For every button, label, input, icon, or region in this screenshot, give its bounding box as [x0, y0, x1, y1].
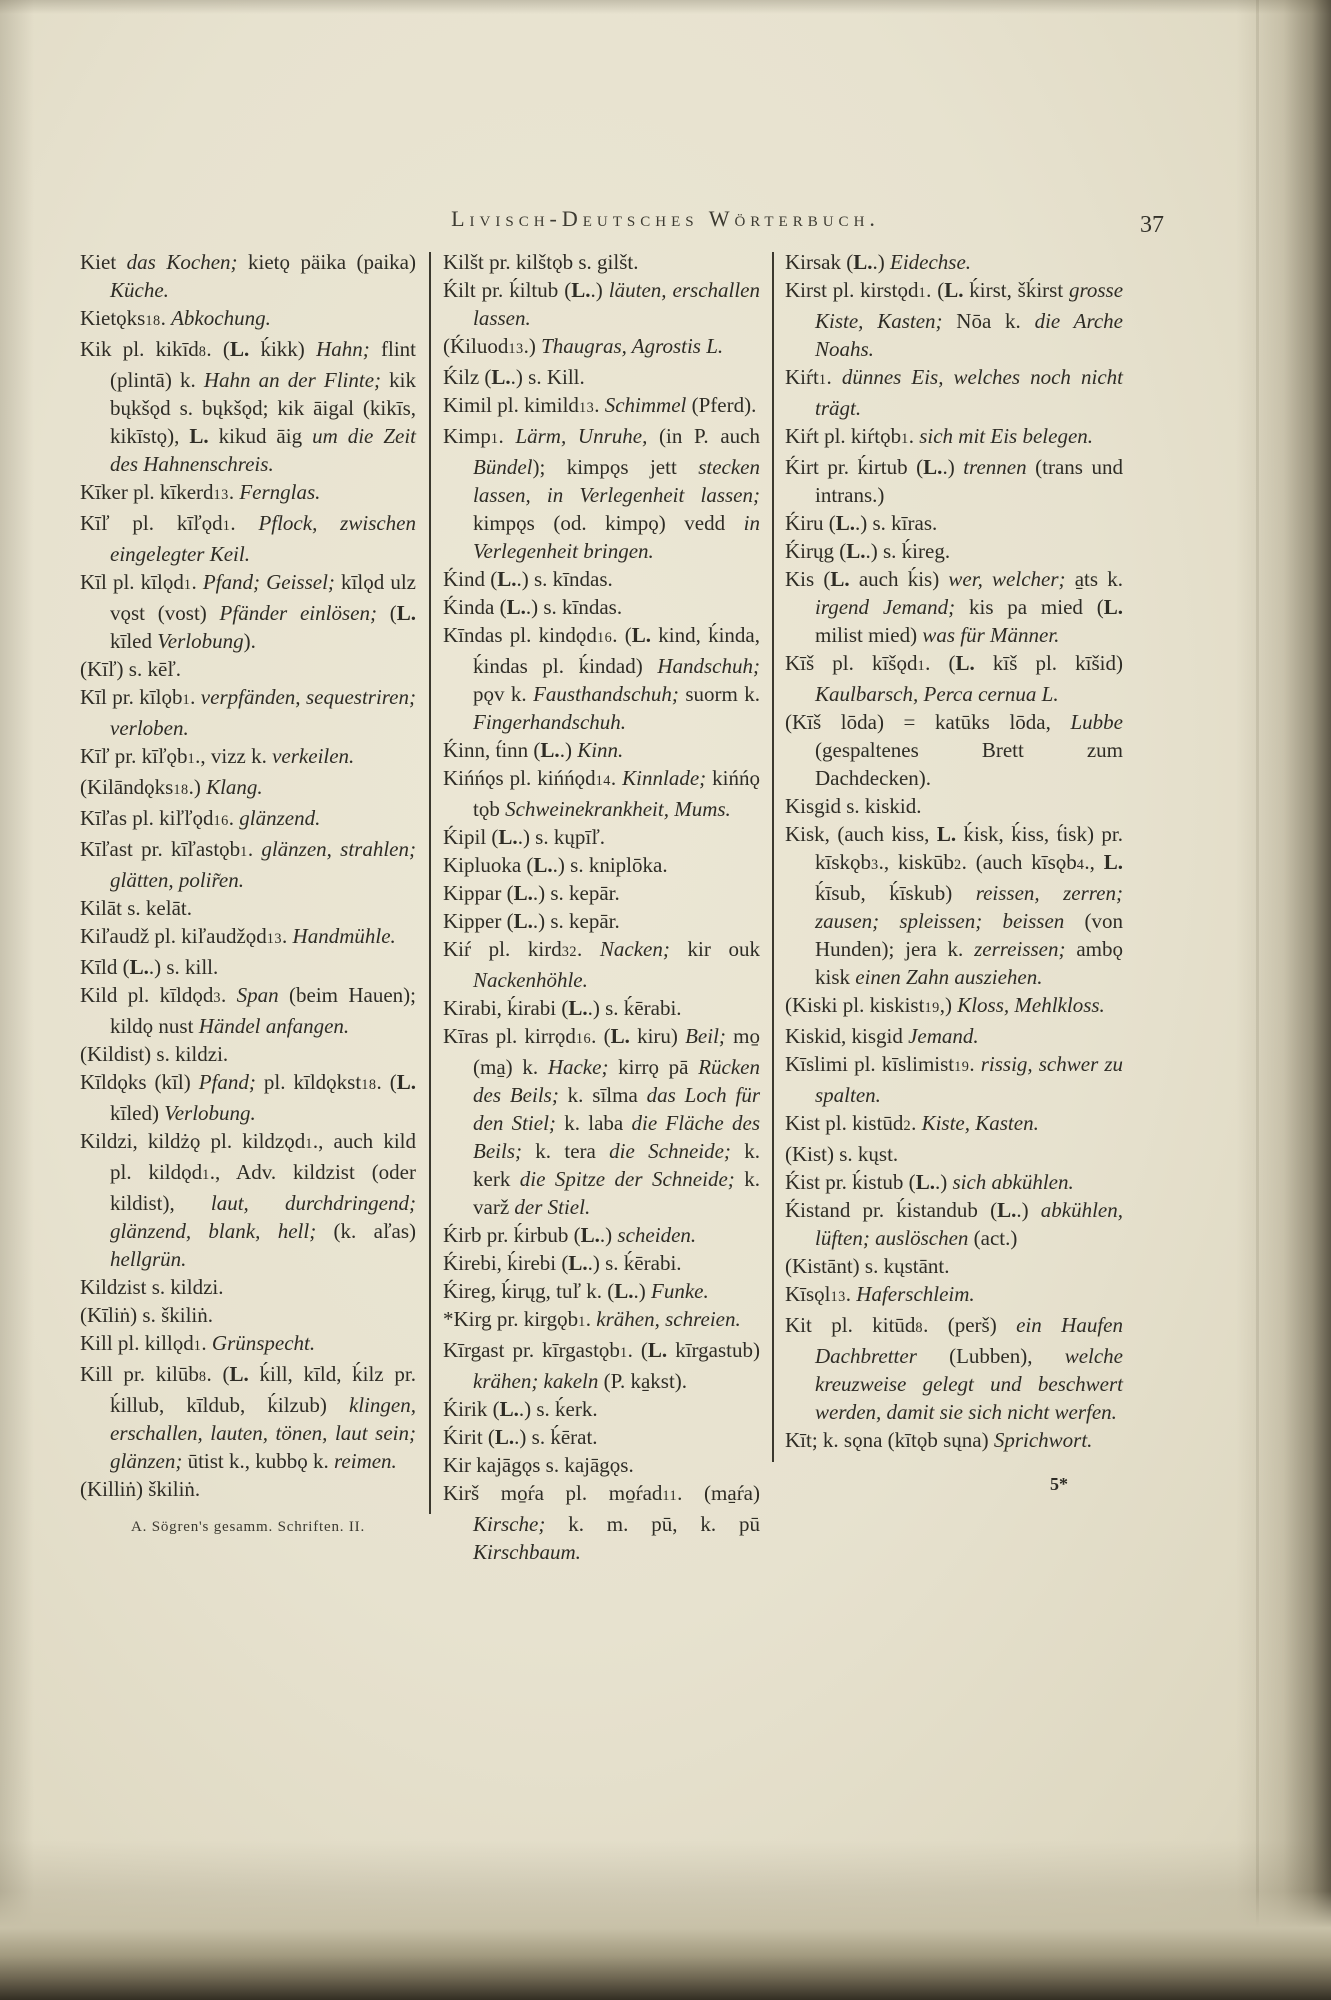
dictionary-entry: (Kīľ) s. kēľ. [80, 655, 416, 683]
dictionary-entry: (Kistānt) s. kųstānt. [785, 1252, 1123, 1280]
dictionary-entry: Ḱipil (L..) s. kųpīľ. [443, 823, 760, 851]
page-number: 37 [1140, 212, 1164, 239]
column-1-entries: Kiet das Kochen; kietǫ päika (paika) Küc… [80, 248, 416, 1503]
dictionary-entry: Ḱirųg (L..) s. ḱireg. [785, 537, 1123, 565]
dictionary-entry: Kik pl. kikīd8. (L. ḱikk) Hahn; flint (p… [80, 335, 416, 478]
dictionary-entry: Kildzi, kildżǫ pl. kildzǫd1., auch kild … [80, 1127, 416, 1273]
dictionary-entry: Kisk, (auch kiss, L. ḱisk, ḱiss, t́isk) … [785, 820, 1123, 991]
dictionary-entry: Kilšt pr. kilštǫb s. gilšt. [443, 248, 760, 276]
dictionary-entry: Kīrgast pr. kīrgastǫb1. (L. kīrgastub) k… [443, 1336, 760, 1395]
dictionary-entry: Kirabi, ḱirabi (L..) s. ḱērabi. [443, 994, 760, 1022]
dictionary-entry: Kild pl. kīldǫd3. Span (beim Hauen); kil… [80, 981, 416, 1040]
scan-edge-shadow [0, 0, 34, 2000]
dictionary-entry: Kīt; k. sǫna (kītǫb sųna) Sprichwort. [785, 1426, 1123, 1454]
column-separator-rule [772, 252, 774, 1462]
dictionary-entry: Kiŕ pl. kird32. Nacken; kir ouk Nackenhö… [443, 935, 760, 994]
footnote: A. Sögren's gesamm. Schriften. II. [80, 1513, 416, 1541]
dictionary-entry: Kīš pl. kīšǫd1. (L. kīš pl. kīšid) Kaulb… [785, 649, 1123, 708]
dictionary-entry: Kirsak (L..) Eidechse. [785, 248, 1123, 276]
dictionary-entry: (Kiski pl. kiskist19,) Kloss, Mehlkloss. [785, 991, 1123, 1022]
dictionary-entry: Kīker pl. kīkerd13. Fernglas. [80, 478, 416, 509]
dictionary-entry: Ḱilz (L..) s. Kill. [443, 363, 760, 391]
dictionary-entry: Kīld (L..) s. kill. [80, 953, 416, 981]
dictionary-entry: Ḱinda (L..) s. kīndas. [443, 593, 760, 621]
dictionary-entry: (Kilāndǫks18.) Klang. [80, 773, 416, 804]
dictionary-entry: Kit pl. kitūd8. (perš) ein Haufen Dachbr… [785, 1311, 1123, 1426]
dictionary-entry: Kis (L. auch ḱis) wer, welcher; a̱ts k. … [785, 565, 1123, 649]
dictionary-entry: Kīl pr. kīlǫb1. verpfänden, sequestriren… [80, 683, 416, 742]
dictionary-entry: Kīslimi pl. kīslimist19. rissig, schwer … [785, 1050, 1123, 1109]
signature-mark: 5* [785, 1470, 1123, 1498]
dictionary-entry: (Ḱiluod13.) Thaugras, Agrostis L. [443, 332, 760, 363]
dictionary-entry: Kīl pl. kīlǫd1. Pfand; Geissel; kīlǫd ul… [80, 568, 416, 655]
dictionary-entry: Kiľaudž pl. kiľaudžǫd13. Handmühle. [80, 922, 416, 953]
dictionary-entry: Kińńǫs pl. kińńǫd14. Kinnlade; kińńǫ tǫb… [443, 764, 760, 823]
dictionary-entry: Kirst pl. kirstǫd1. (L. ḱirst, šḱirst gr… [785, 276, 1123, 363]
dictionary-entry: Kīľast pr. kīľastǫb1. glänzen, strahlen;… [80, 835, 416, 894]
dictionary-entry: Kīsǫl13. Haferschleim. [785, 1280, 1123, 1311]
dictionary-column-1: Kiet das Kochen; kietǫ päika (paika) Küc… [80, 248, 416, 1541]
dictionary-entry: Ḱirt pr. ḱirtub (L..) trennen (trans und… [785, 453, 1123, 509]
column-3-entries: Kirsak (L..) Eidechse.Kirst pl. kirstǫd1… [785, 248, 1123, 1454]
dictionary-entry: (Killiṅ) škiliṅ. [80, 1475, 416, 1503]
dictionary-entry: (Kildist) s. kildzi. [80, 1040, 416, 1068]
dictionary-entry: Kill pl. killǫd1. Grünspecht. [80, 1329, 416, 1360]
dictionary-entry: Kildzist s. kildzi. [80, 1273, 416, 1301]
dictionary-entry: Kiskid, kisgid Jemand. [785, 1022, 1123, 1050]
column-separator-rule [429, 252, 431, 1514]
dictionary-entry: Ḱistand pr. ḱistandub (L..) abkühlen, lü… [785, 1196, 1123, 1252]
dictionary-entry: Kiet das Kochen; kietǫ päika (paika) Küc… [80, 248, 416, 304]
dictionary-entry: Kisgid s. kiskid. [785, 792, 1123, 820]
dictionary-entry: Kīľ pr. kīľǫb1., vizz k. verkeilen. [80, 742, 416, 773]
dictionary-entry: Kist pl. kistūd2. Kiste, Kasten. [785, 1109, 1123, 1140]
dictionary-entry: Kir kajāgǫs s. kajāgǫs. [443, 1451, 760, 1479]
dictionary-entry: Kirš mo̱ŕa pl. mo̱ŕad11. (ma̱ŕa) Kirsche… [443, 1479, 760, 1566]
dictionary-entry: Kimp1. Lärm, Unruhe, (in P. auch Bündel)… [443, 422, 760, 565]
dictionary-entry: Kill pr. kilūb8. (L. ḱill, kīld, ḱilz pr… [80, 1360, 416, 1475]
scan-edge-shadow [0, 0, 1331, 14]
dictionary-column-2: Kilšt pr. kilštǫb s. gilšt.Ḱilt pr. ḱilt… [443, 248, 760, 1566]
dictionary-entry: Kīľ pl. kīľǫd1. Pflock, zwischen eingele… [80, 509, 416, 568]
dictionary-entry: Ḱirit (L..) s. ḱērat. [443, 1423, 760, 1451]
dictionary-entry: Kīldǫks (kīl) Pfand; pl. kīldǫkst18. (L.… [80, 1068, 416, 1127]
dictionary-entry: Ḱireg, ḱirųg, tuľ k. (L..) Funke. [443, 1277, 760, 1305]
running-head: Livisch-Deutsches Wörterbuch. [0, 206, 1331, 232]
column-2-entries: Kilšt pr. kilštǫb s. gilšt.Ḱilt pr. ḱilt… [443, 248, 760, 1566]
dictionary-entry: Kiŕt pl. kiŕtǫb1. sich mit Eis belegen. [785, 422, 1123, 453]
dictionary-entry: Kīras pl. kirrǫd16. (L. kiru) Beil; mo̱ … [443, 1022, 760, 1221]
scan-edge-shadow [1236, 0, 1331, 2000]
scanned-page: Livisch-Deutsches Wörterbuch. 37 Kiet da… [0, 0, 1331, 2000]
dictionary-entry: Ḱind (L..) s. kīndas. [443, 565, 760, 593]
dictionary-entry: (Kist) s. kųst. [785, 1140, 1123, 1168]
dictionary-entry: Kietǫks18. Abkochung. [80, 304, 416, 335]
dictionary-entry: Kīndas pl. kindǫd16. (L. kind, ḱinda, ḱi… [443, 621, 760, 736]
dictionary-entry: Ḱirik (L..) s. ḱerk. [443, 1395, 760, 1423]
dictionary-entry: Kiŕt1. dünnes Eis, welches noch nicht tr… [785, 363, 1123, 422]
dictionary-column-3: Kirsak (L..) Eidechse.Kirst pl. kirstǫd1… [785, 248, 1123, 1498]
dictionary-entry: Kippar (L..) s. kepār. [443, 879, 760, 907]
dictionary-entry: Kīľas pl. kiľľǫd16. glänzend. [80, 804, 416, 835]
dictionary-entry: (Kīliṅ) s. škiliṅ. [80, 1301, 416, 1329]
dictionary-entry: (Kīš lōda) = katūks lōda, Lubbe (gespalt… [785, 708, 1123, 792]
dictionary-entry: Ḱirb pr. ḱirbub (L..) scheiden. [443, 1221, 760, 1249]
dictionary-entry: Kilāt s. kelāt. [80, 894, 416, 922]
dictionary-entry: Kipluoka (L..) s. kniplōka. [443, 851, 760, 879]
dictionary-entry: Ḱirebi, ḱirebi (L..) s. ḱērabi. [443, 1249, 760, 1277]
dictionary-entry: Ḱiru (L..) s. kīras. [785, 509, 1123, 537]
dictionary-entry: Kipper (L..) s. kepār. [443, 907, 760, 935]
dictionary-entry: Ḱist pr. ḱistub (L..) sich abkühlen. [785, 1168, 1123, 1196]
dictionary-entry: Kimil pl. kimild13. Schimmel (Pferd). [443, 391, 760, 422]
dictionary-entry: Ḱinn, t́inn (L..) Kinn. [443, 736, 760, 764]
book-bottom-edge [0, 1840, 1331, 2000]
dictionary-entry: *Kirg pr. kirgǫb1. krähen, schreien. [443, 1305, 760, 1336]
dictionary-entry: Ḱilt pr. ḱiltub (L..) läuten, erschallen… [443, 276, 760, 332]
